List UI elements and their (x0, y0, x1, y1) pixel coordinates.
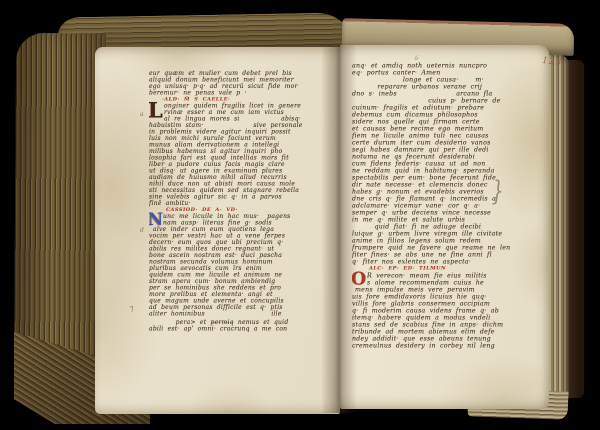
manuscript-text-line: aliter hominibus ille (149, 311, 311, 318)
manuscript-text-line: cremeulnus desidery in corbey nil leng (352, 342, 532, 349)
right-page-text-block: O anq· et amdiq noth ueternis nuncproeq·… (352, 62, 532, 374)
photo-background: L N eur quæm et mulier cum debet prel bi… (0, 0, 600, 430)
decorated-initial-L: L (149, 100, 163, 121)
manuscript-text-line: q· fiter nos exlentes ne aspecta· (352, 258, 532, 265)
decorated-initial-N: N (149, 211, 163, 228)
decorated-initial-O: O (352, 270, 366, 288)
right-page-stack-edges (548, 55, 569, 401)
book-cover-edge (567, 60, 584, 398)
margin-mark: d (140, 227, 144, 234)
folio-number: 123 (542, 56, 563, 68)
manuscript-text-line: abili est· ap' omni· cracrunq a me con (149, 326, 311, 333)
left-page-text-block: L N eur quæm et mulier cum debet prel bi… (149, 70, 311, 370)
left-page-lines: L N eur quæm et mulier cum debet prel bi… (149, 70, 311, 332)
margin-brace: } (492, 176, 504, 207)
margin-mark: a (140, 111, 144, 118)
quire-mark: ỽ (414, 54, 418, 62)
right-page-lines: O anq· et amdiq noth ueternis nuncproeq·… (352, 62, 532, 349)
